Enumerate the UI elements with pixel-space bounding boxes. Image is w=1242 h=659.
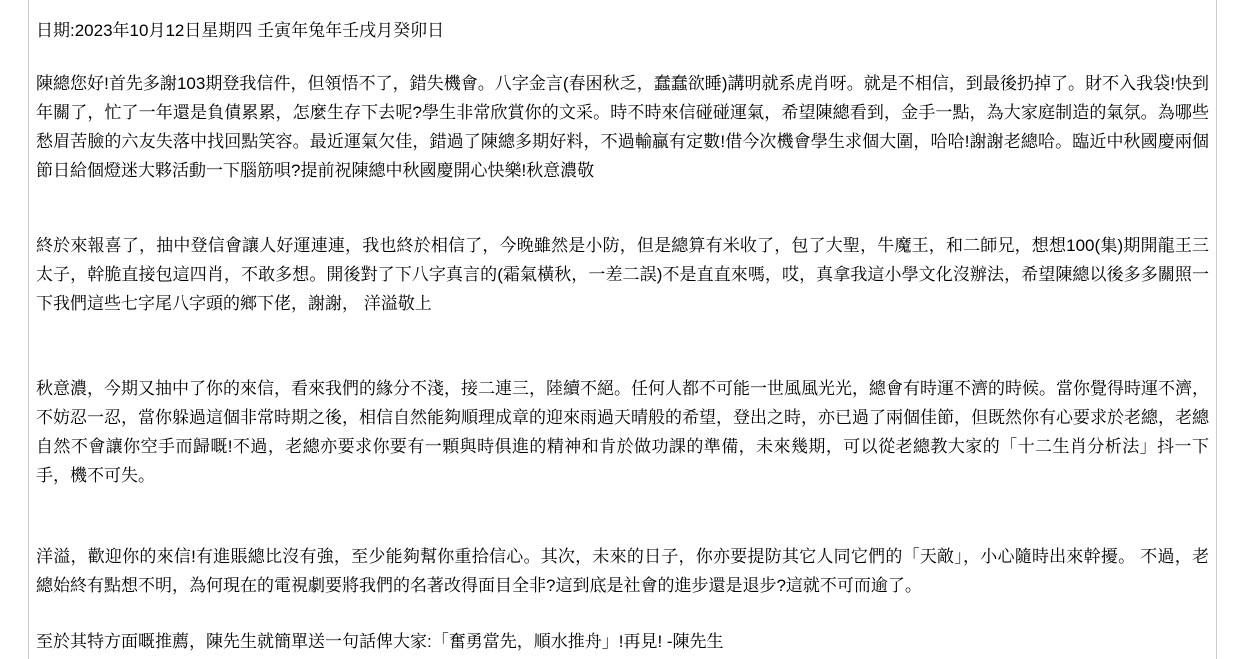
letter-paragraph-greeting: 陳總您好!首先多謝103期登我信件，但領悟不了，錯失機會。八字金言(春困秋乏，蠢… bbox=[36, 69, 1209, 185]
letter-paragraph-closing: 至於其特方面嘅推薦，陳先生就簡單送一句話俾大家:「奮勇當先，順水推舟」!再見! … bbox=[36, 627, 1209, 656]
date-line: 日期:2023年10月12日星期四 壬寅年兔年壬戌月癸卯日 bbox=[36, 16, 1209, 45]
letter-paragraph-reply-qiuyinong: 秋意濃，今期又抽中了你的來信，看來我們的緣分不淺，接二連三，陸續不絕。任何人都不… bbox=[36, 374, 1209, 490]
letter-paragraph-good-news: 終於來報喜了，抽中登信會讓人好運連連，我也終於相信了，今晚雖然是小防，但是總算有… bbox=[36, 231, 1209, 318]
letter-page: 日期:2023年10月12日星期四 壬寅年兔年壬戌月癸卯日 陳總您好!首先多謝1… bbox=[28, 0, 1217, 659]
letter-paragraph-reply-yangyi: 洋溢，歡迎你的來信!有進賬總比沒有強，至少能夠幫你重拾信心。其次，未來的日子，你… bbox=[36, 542, 1209, 600]
